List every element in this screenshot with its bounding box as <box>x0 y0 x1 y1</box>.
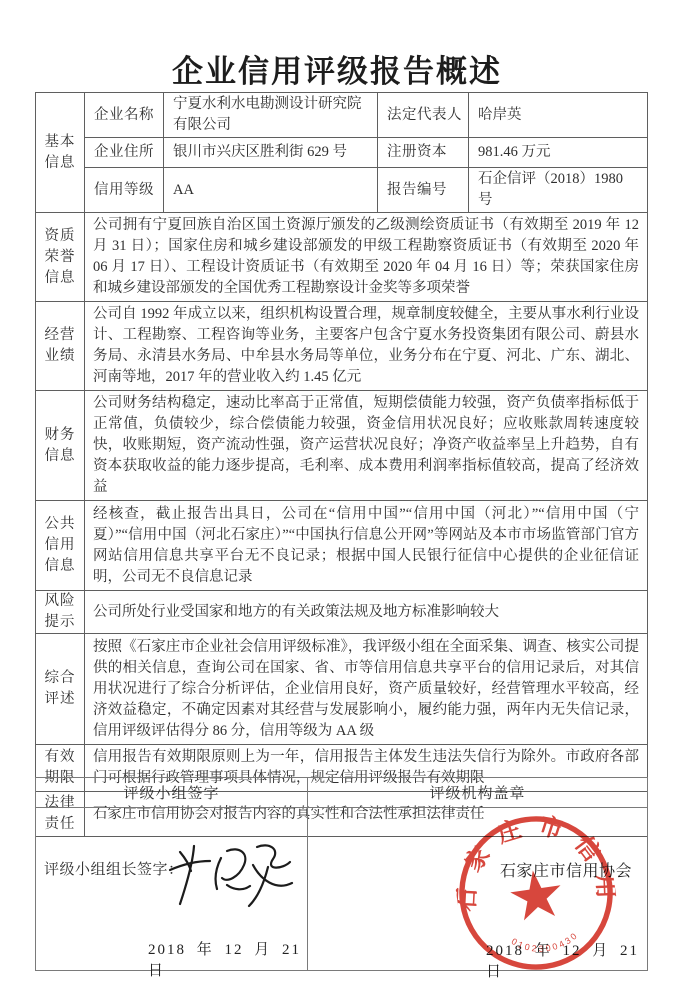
financial-content: 公司财务结构稳定，速动比率高于正常值，短期偿债能力较强，资产负债率指标低于正常值… <box>85 391 648 501</box>
seal-ring-text: 石家庄市信用协会 <box>447 804 624 937</box>
report-table: 基本 信息 企业名称 宁夏水利水电勘测设计研究院有限公司 法定代表人 哈岸英 企… <box>35 92 648 837</box>
page-title: 企业信用评级报告概述 <box>0 46 674 91</box>
public-credit-content: 经核查，截止报告出具日，公司在“信用中国”“信用中国（河北）”“信用中国（宁夏）… <box>85 501 648 591</box>
team-signature-header: 评级小组签字 <box>36 778 308 808</box>
report-number-value: 石企信评（2018）1980 号 <box>469 168 648 213</box>
company-name-value: 宁夏水利水电勘测设计研究院有限公司 <box>164 93 378 138</box>
public-credit-label: 公共 信用 信息 <box>36 501 85 591</box>
risk-label: 风险 提示 <box>36 591 85 634</box>
leader-signature-label: 评级小组组长签字： <box>44 858 184 879</box>
qualifications-content: 公司拥有宁夏回族自治区国土资源厅颁发的乙级测绘资质证书（有效期至 2019 年 … <box>85 213 648 302</box>
handwritten-signature <box>164 838 298 918</box>
financial-label: 财务 信息 <box>36 391 85 501</box>
summary-label: 综合 评述 <box>36 634 85 745</box>
svg-text:0102300430: 0102300430 <box>509 927 582 958</box>
company-name-label: 企业名称 <box>85 93 164 138</box>
performance-content: 公司自 1992 年成立以来，组织机构设置合理，规章制度较健全，主要从事水利行业… <box>85 302 648 391</box>
report-page: 企业信用评级报告概述 基本 信息 企业名称 宁夏水利水电勘测设计研究院有限公司 … <box>0 0 674 1003</box>
registered-capital-label: 注册资本 <box>378 138 469 168</box>
team-signature-cell: 评级小组组长签字： 2018 年 12 月 21 日 <box>36 808 308 971</box>
seal-star-icon <box>508 867 565 922</box>
summary-content: 按照《石家庄市企业社会信用评级标准》，我评级小组在全面采集、调查、核实公司提供的… <box>85 634 648 745</box>
risk-content: 公司所处行业受国家和地方的有关政策法规及地方标准影响较大 <box>85 591 648 634</box>
team-sign-date: 2018 年 12 月 21 日 <box>148 938 307 980</box>
address-label: 企业住所 <box>85 138 164 168</box>
agency-seal: 石家庄市信用协会 0102300430 <box>447 804 625 982</box>
address-value: 银川市兴庆区胜利街 629 号 <box>164 138 378 168</box>
agency-seal-cell: 石家庄市信用协会 2018 年 12 月 21 日 石家庄市信用协会 <box>308 808 648 971</box>
credit-rating-value: AA <box>164 168 378 213</box>
registered-capital-value: 981.46 万元 <box>469 138 648 168</box>
signature-block: 评级小组签字 评级机构盖章 评级小组组长签字： <box>35 777 648 971</box>
credit-rating-label: 信用等级 <box>85 168 164 213</box>
performance-label: 经营 业绩 <box>36 302 85 391</box>
svg-text:石家庄市信用协会: 石家庄市信用协会 <box>447 804 624 937</box>
seal-code: 0102300430 <box>509 927 582 958</box>
legal-rep-value: 哈岸英 <box>469 93 648 138</box>
agency-seal-header: 评级机构盖章 <box>308 778 648 808</box>
basic-section-label: 基本 信息 <box>36 93 85 213</box>
legal-rep-label: 法定代表人 <box>378 93 469 138</box>
qualifications-label: 资质 荣誉 信息 <box>36 213 85 302</box>
report-number-label: 报告编号 <box>378 168 469 213</box>
